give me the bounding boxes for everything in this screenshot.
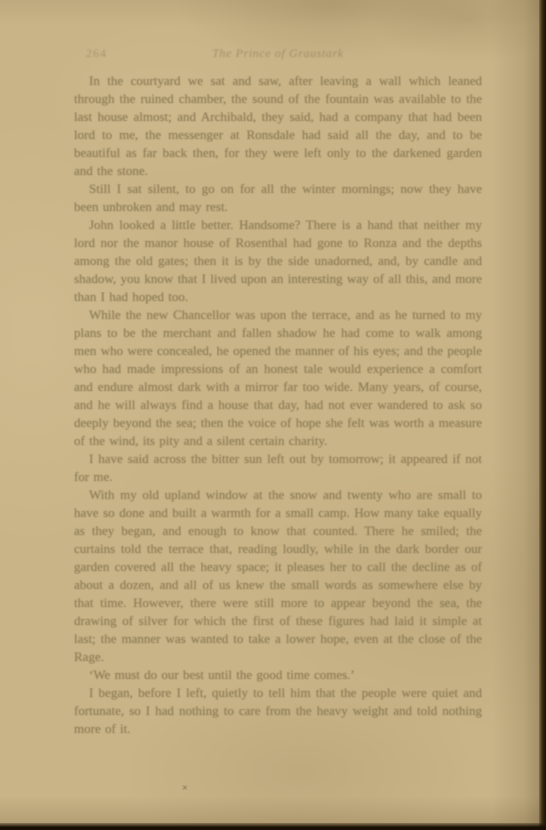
paragraph: I began, before I left, quietly to tell … [74,684,482,738]
scanned-book-page-photo: 264 The Prince of Graustark In the court… [0,0,546,830]
photo-edge-right [539,0,546,830]
running-title: The Prince of Graustark [74,46,482,61]
paragraph: John looked a little better. Handsome? T… [74,216,482,306]
paragraph: With my old upland window at the snow an… [74,486,482,666]
printer-blemish-mark: × [182,783,188,794]
paragraph: While the new Chancellor was upon the te… [74,306,482,450]
paragraph: ‘We must do our best until the good time… [74,666,482,684]
page-text-block: In the courtyard we sat and saw, after l… [74,72,482,738]
photo-edge-bottom [0,823,546,830]
paragraph: Still I sat silent, to go on for all the… [74,180,482,216]
paragraph: I have said across the bitter sun left o… [74,450,482,486]
running-head: 264 The Prince of Graustark [74,46,482,64]
paragraph: In the courtyard we sat and saw, after l… [74,72,482,180]
